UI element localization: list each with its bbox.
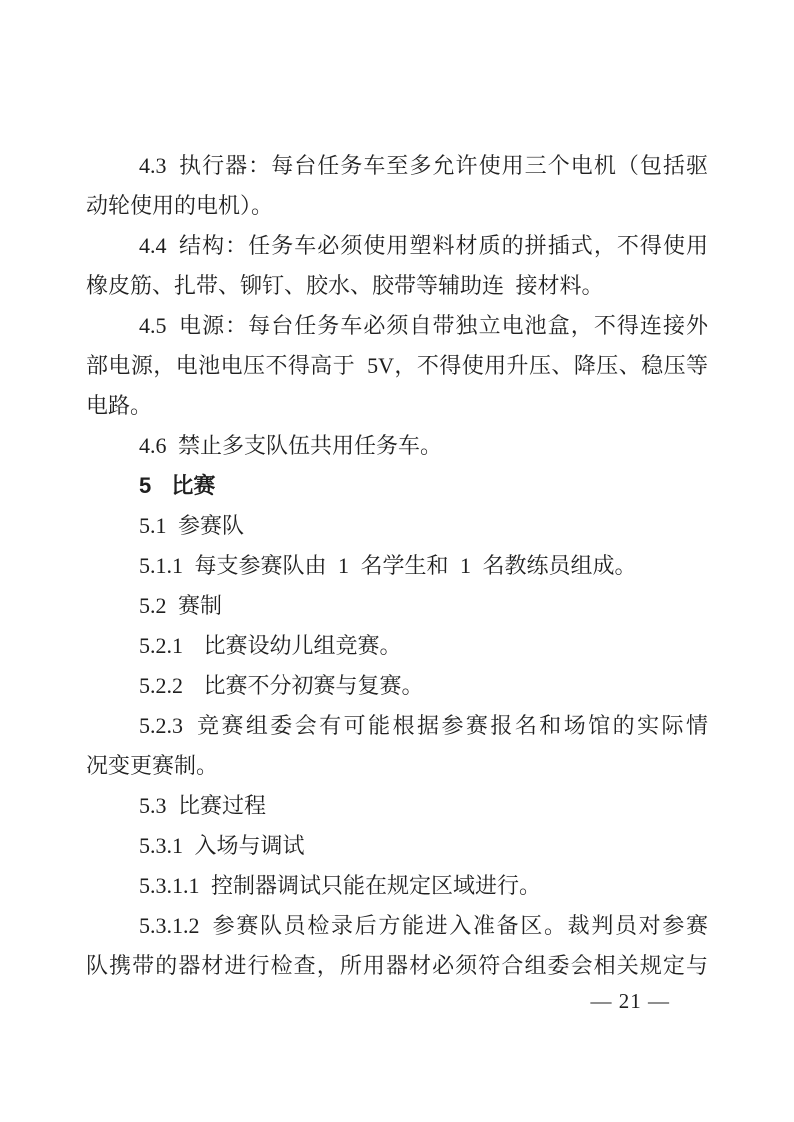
text-line-5-3-1-1: 5.3.1.1 控制器调试只能在规定区域进行。 bbox=[86, 866, 708, 906]
text-line-5-2-2: 5.2.2 比赛不分初赛与复赛。 bbox=[86, 666, 708, 706]
text-line-4-4: 4.4 结构：任务车必须使用塑料材质的拼插式，不得使用 bbox=[86, 226, 708, 266]
text-line-4-4-cont: 橡皮筋、扎带、铆钉、胶水、胶带等辅助连 接材料。 bbox=[86, 266, 708, 306]
text-line-5-3-1: 5.3.1 入场与调试 bbox=[86, 826, 708, 866]
document-page: 4.3 执行器：每台任务车至多允许使用三个电机（包括驱 动轮使用的电机）。 4.… bbox=[0, 0, 794, 1122]
text-line-5-1: 5.1 参赛队 bbox=[86, 506, 708, 546]
text-line-5-2-3-cont: 况变更赛制。 bbox=[86, 746, 708, 786]
text-line-4-3: 4.3 执行器：每台任务车至多允许使用三个电机（包括驱 bbox=[86, 146, 708, 186]
text-line-5-3-1-2-cont: 队携带的器材进行检查，所用器材必须符合组委会相关规定与 bbox=[86, 946, 708, 986]
text-line-4-5-cont: 部电源，电池电压不得高于 5V，不得使用升压、降压、稳压等 bbox=[86, 346, 708, 386]
text-line-4-3-cont: 动轮使用的电机）。 bbox=[86, 186, 708, 226]
text-line-5-3: 5.3 比赛过程 bbox=[86, 786, 708, 826]
text-line-5-2: 5.2 赛制 bbox=[86, 586, 708, 626]
text-line-5-3-1-2: 5.3.1.2 参赛队员检录后方能进入准备区。裁判员对参赛 bbox=[86, 906, 708, 946]
page-body: 4.3 执行器：每台任务车至多允许使用三个电机（包括驱 动轮使用的电机）。 4.… bbox=[86, 146, 708, 986]
text-line-5-2-3: 5.2.3 竞赛组委会有可能根据参赛报名和场馆的实际情 bbox=[86, 706, 708, 746]
page-number: — 21 — bbox=[591, 988, 671, 1014]
text-line-4-6: 4.6 禁止多支队伍共用任务车。 bbox=[86, 426, 708, 466]
text-line-4-5-end: 电路。 bbox=[86, 386, 708, 426]
text-line-5-2-1: 5.2.1 比赛设幼儿组竞赛。 bbox=[86, 626, 708, 666]
text-line-4-5: 4.5 电源：每台任务车必须自带独立电池盒，不得连接外 bbox=[86, 306, 708, 346]
section-heading-5: 5 比赛 bbox=[86, 466, 708, 506]
text-line-5-1-1: 5.1.1 每支参赛队由 1 名学生和 1 名教练员组成。 bbox=[86, 546, 708, 586]
